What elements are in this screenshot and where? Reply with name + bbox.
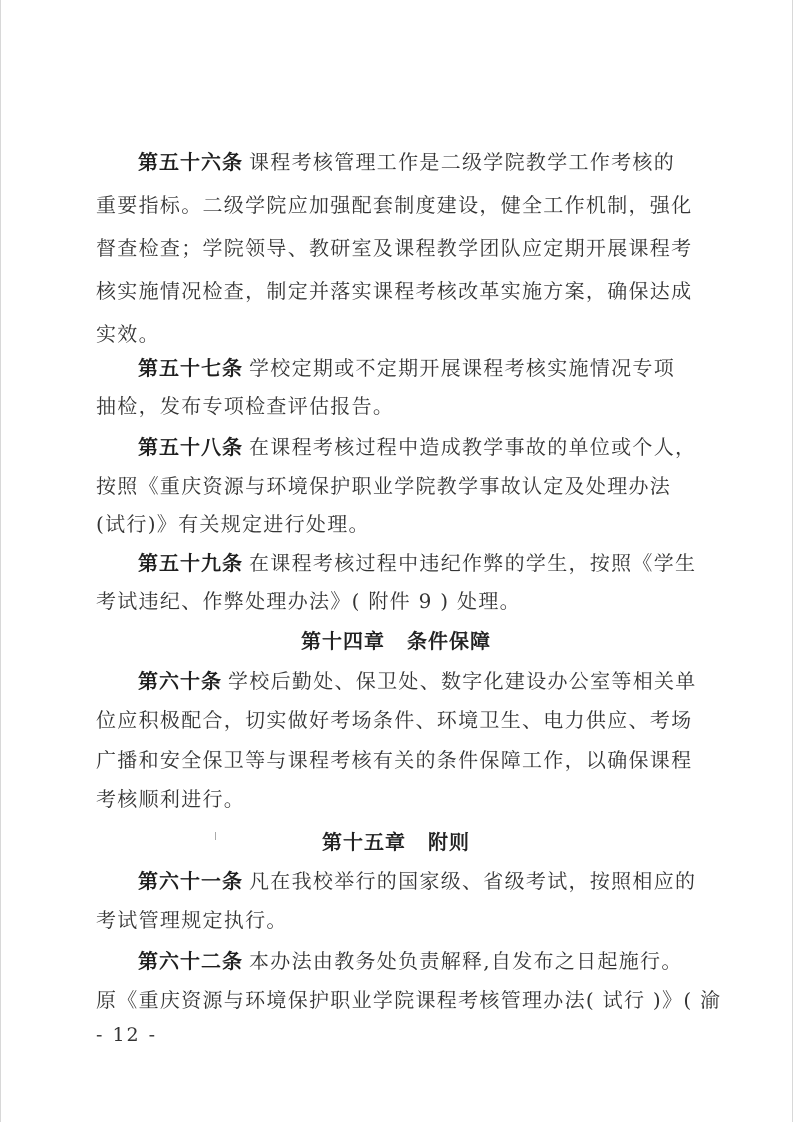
article-label: 第六十一条 [138,869,243,893]
article-60-line-4: 考核顺利进行。 [96,784,696,814]
article-label: 第五十九条 [138,551,243,575]
article-62-line-1: 第六十二条本办法由教务处负责解释,自发布之日起施行。 [138,946,698,976]
article-58-line-1: 第五十八条在课程考核过程中造成教学事故的单位或个人， [138,432,698,462]
article-60-line-1: 第六十条学校后勤处、保卫处、数字化建设办公室等相关单 [138,666,698,696]
page-number: - 12 - [96,1020,157,1050]
article-label: 第五十八条 [138,435,243,459]
document-page: 第五十六条课程考核管理工作是二级学院教学工作考核的 重要指标。二级学院应加强配套… [0,0,793,1122]
article-56-line-3: 督查检查；学院领导、教研室及课程教学团队应定期开展课程考 [96,233,696,263]
article-label: 第五十六条 [138,150,243,174]
article-label: 第六十二条 [138,949,243,973]
article-56-line-1: 第五十六条课程考核管理工作是二级学院教学工作考核的 [138,147,698,177]
article-59-line-1: 第五十九条在课程考核过程中违纪作弊的学生，按照《学生 [138,548,698,578]
article-60-line-3: 广播和安全保卫等与课程考核有关的条件保障工作，以确保课程 [96,745,696,775]
article-57-line-1: 第五十七条学校定期或不定期开展课程考核实施情况专项 [138,353,698,383]
article-label: 第六十条 [138,669,222,693]
article-label: 第五十七条 [138,356,243,380]
article-59-line-2: 考试违纪、作弊处理办法》( 附件 9 ) 处理。 [96,586,696,616]
article-56-line-5: 实效。 [96,319,696,349]
article-56-line-2: 重要指标。二级学院应加强配套制度建设，健全工作机制，强化 [96,190,696,220]
article-61-line-1: 第六十一条凡在我校举行的国家级、省级考试，按照相应的 [138,866,698,896]
article-57-line-2: 抽检，发布专项检查评估报告。 [96,391,696,421]
article-58-line-2: 按照《重庆资源与环境保护职业学院教学事故认定及处理办法 [96,471,696,501]
article-58-line-3: (试行)》有关规定进行处理。 [96,509,696,539]
article-56-line-4: 核实施情况检查，制定并落实课程考核改革实施方案，确保达成 [96,276,696,306]
article-62-line-2: 原《重庆资源与环境保护职业学院课程考核管理办法( 试行 )》( 渝 [96,985,696,1015]
article-61-line-2: 考试管理规定执行。 [96,905,696,935]
article-60-line-2: 位应积极配合，切实做好考场条件、环境卫生、电力供应、考场 [96,705,696,735]
chapter-heading-14: 第十四章条件保障 [96,626,696,656]
chapter-heading-15: 第十五章附则 [96,827,696,857]
